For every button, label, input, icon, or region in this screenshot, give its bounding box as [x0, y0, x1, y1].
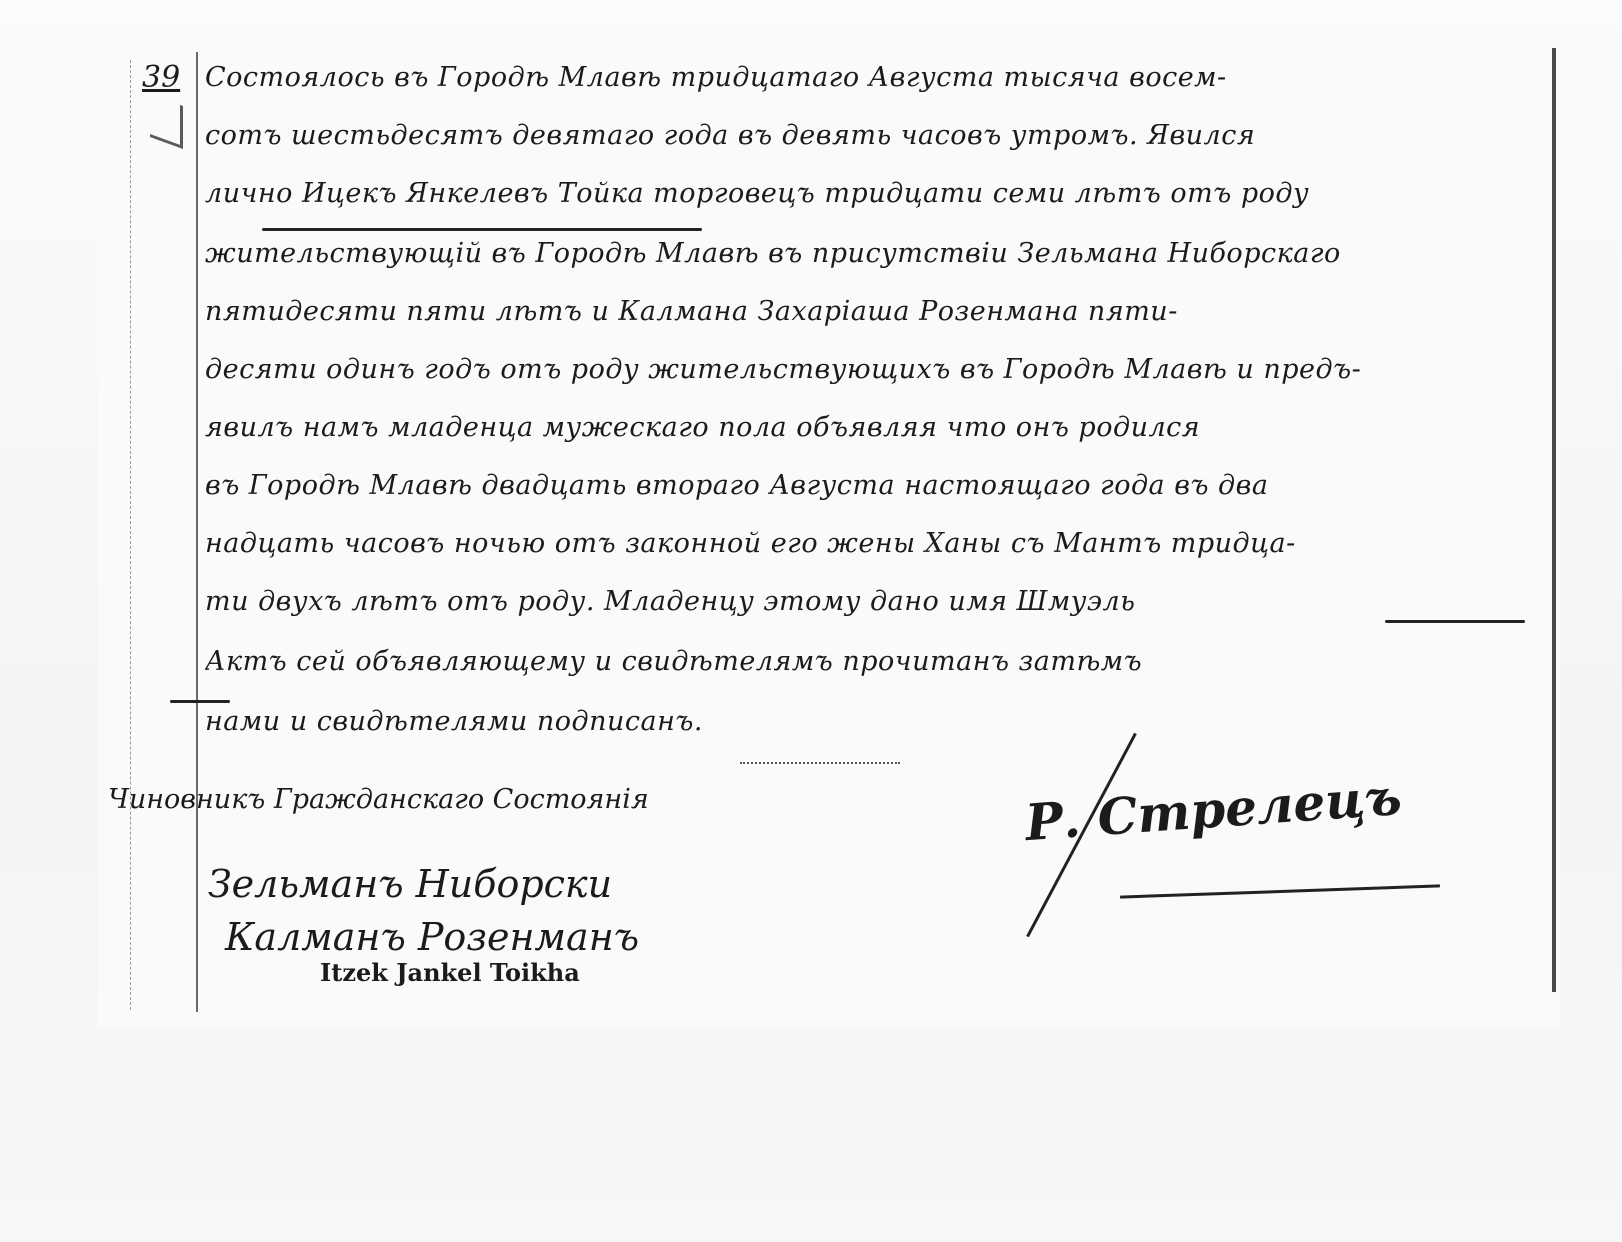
record-line-7: явилъ намъ младенца мужескаго пола объяв…: [205, 412, 1545, 443]
right-border-line: [1552, 48, 1556, 992]
witness-2-signature: Калманъ Розенманъ: [225, 915, 639, 959]
margin-rule-line: [196, 52, 198, 1012]
underline-father-name: [262, 228, 702, 231]
record-line-10: ти двухъ лѣтъ отъ роду. Младенцу этому д…: [205, 586, 1545, 617]
left-margin-dashed-edge: [130, 60, 132, 1010]
registrar-title: Чиновникъ Гражданскаго Состоянія: [108, 784, 649, 815]
record-line-1: Состоялось въ Городѣ Млавѣ тридцатаго Ав…: [205, 62, 1545, 93]
record-line-4: жительствующій въ Городѣ Млавѣ въ присут…: [205, 238, 1545, 269]
underline-child-name: [1385, 620, 1525, 623]
witness-1-signature: Зельманъ Ниборски: [208, 862, 612, 906]
scanned-page: 39 Состоялось въ Городѣ Млавѣ тридцатаго…: [0, 0, 1622, 1242]
act-number: 39: [142, 60, 180, 95]
declarant-signature: Itzek Jankel Toikha: [320, 958, 580, 987]
record-line-12: нами и свидѣтелями подписанъ.: [205, 706, 1545, 737]
record-line-9: надцать часовъ ночью отъ законной его же…: [205, 528, 1545, 559]
record-line-2: сотъ шестьдесятъ девятаго года въ девять…: [205, 120, 1545, 151]
faded-text-fragment: [740, 762, 900, 766]
record-line-5: пятидесяти пяти лѣтъ и Калмана Захаріаша…: [205, 296, 1545, 327]
record-line-8: въ Городѣ Млавѣ двадцать втораго Августа…: [205, 470, 1545, 501]
record-line-3: лично Ицекъ Янкелевъ Тойка торговецъ три…: [205, 178, 1545, 209]
record-line-6: десяти одинъ годъ отъ роду жительствующи…: [205, 354, 1545, 385]
underline-child-name-cont: [170, 700, 230, 703]
record-line-11: Актъ сей объявляющему и свидѣтелямъ проч…: [205, 646, 1545, 677]
